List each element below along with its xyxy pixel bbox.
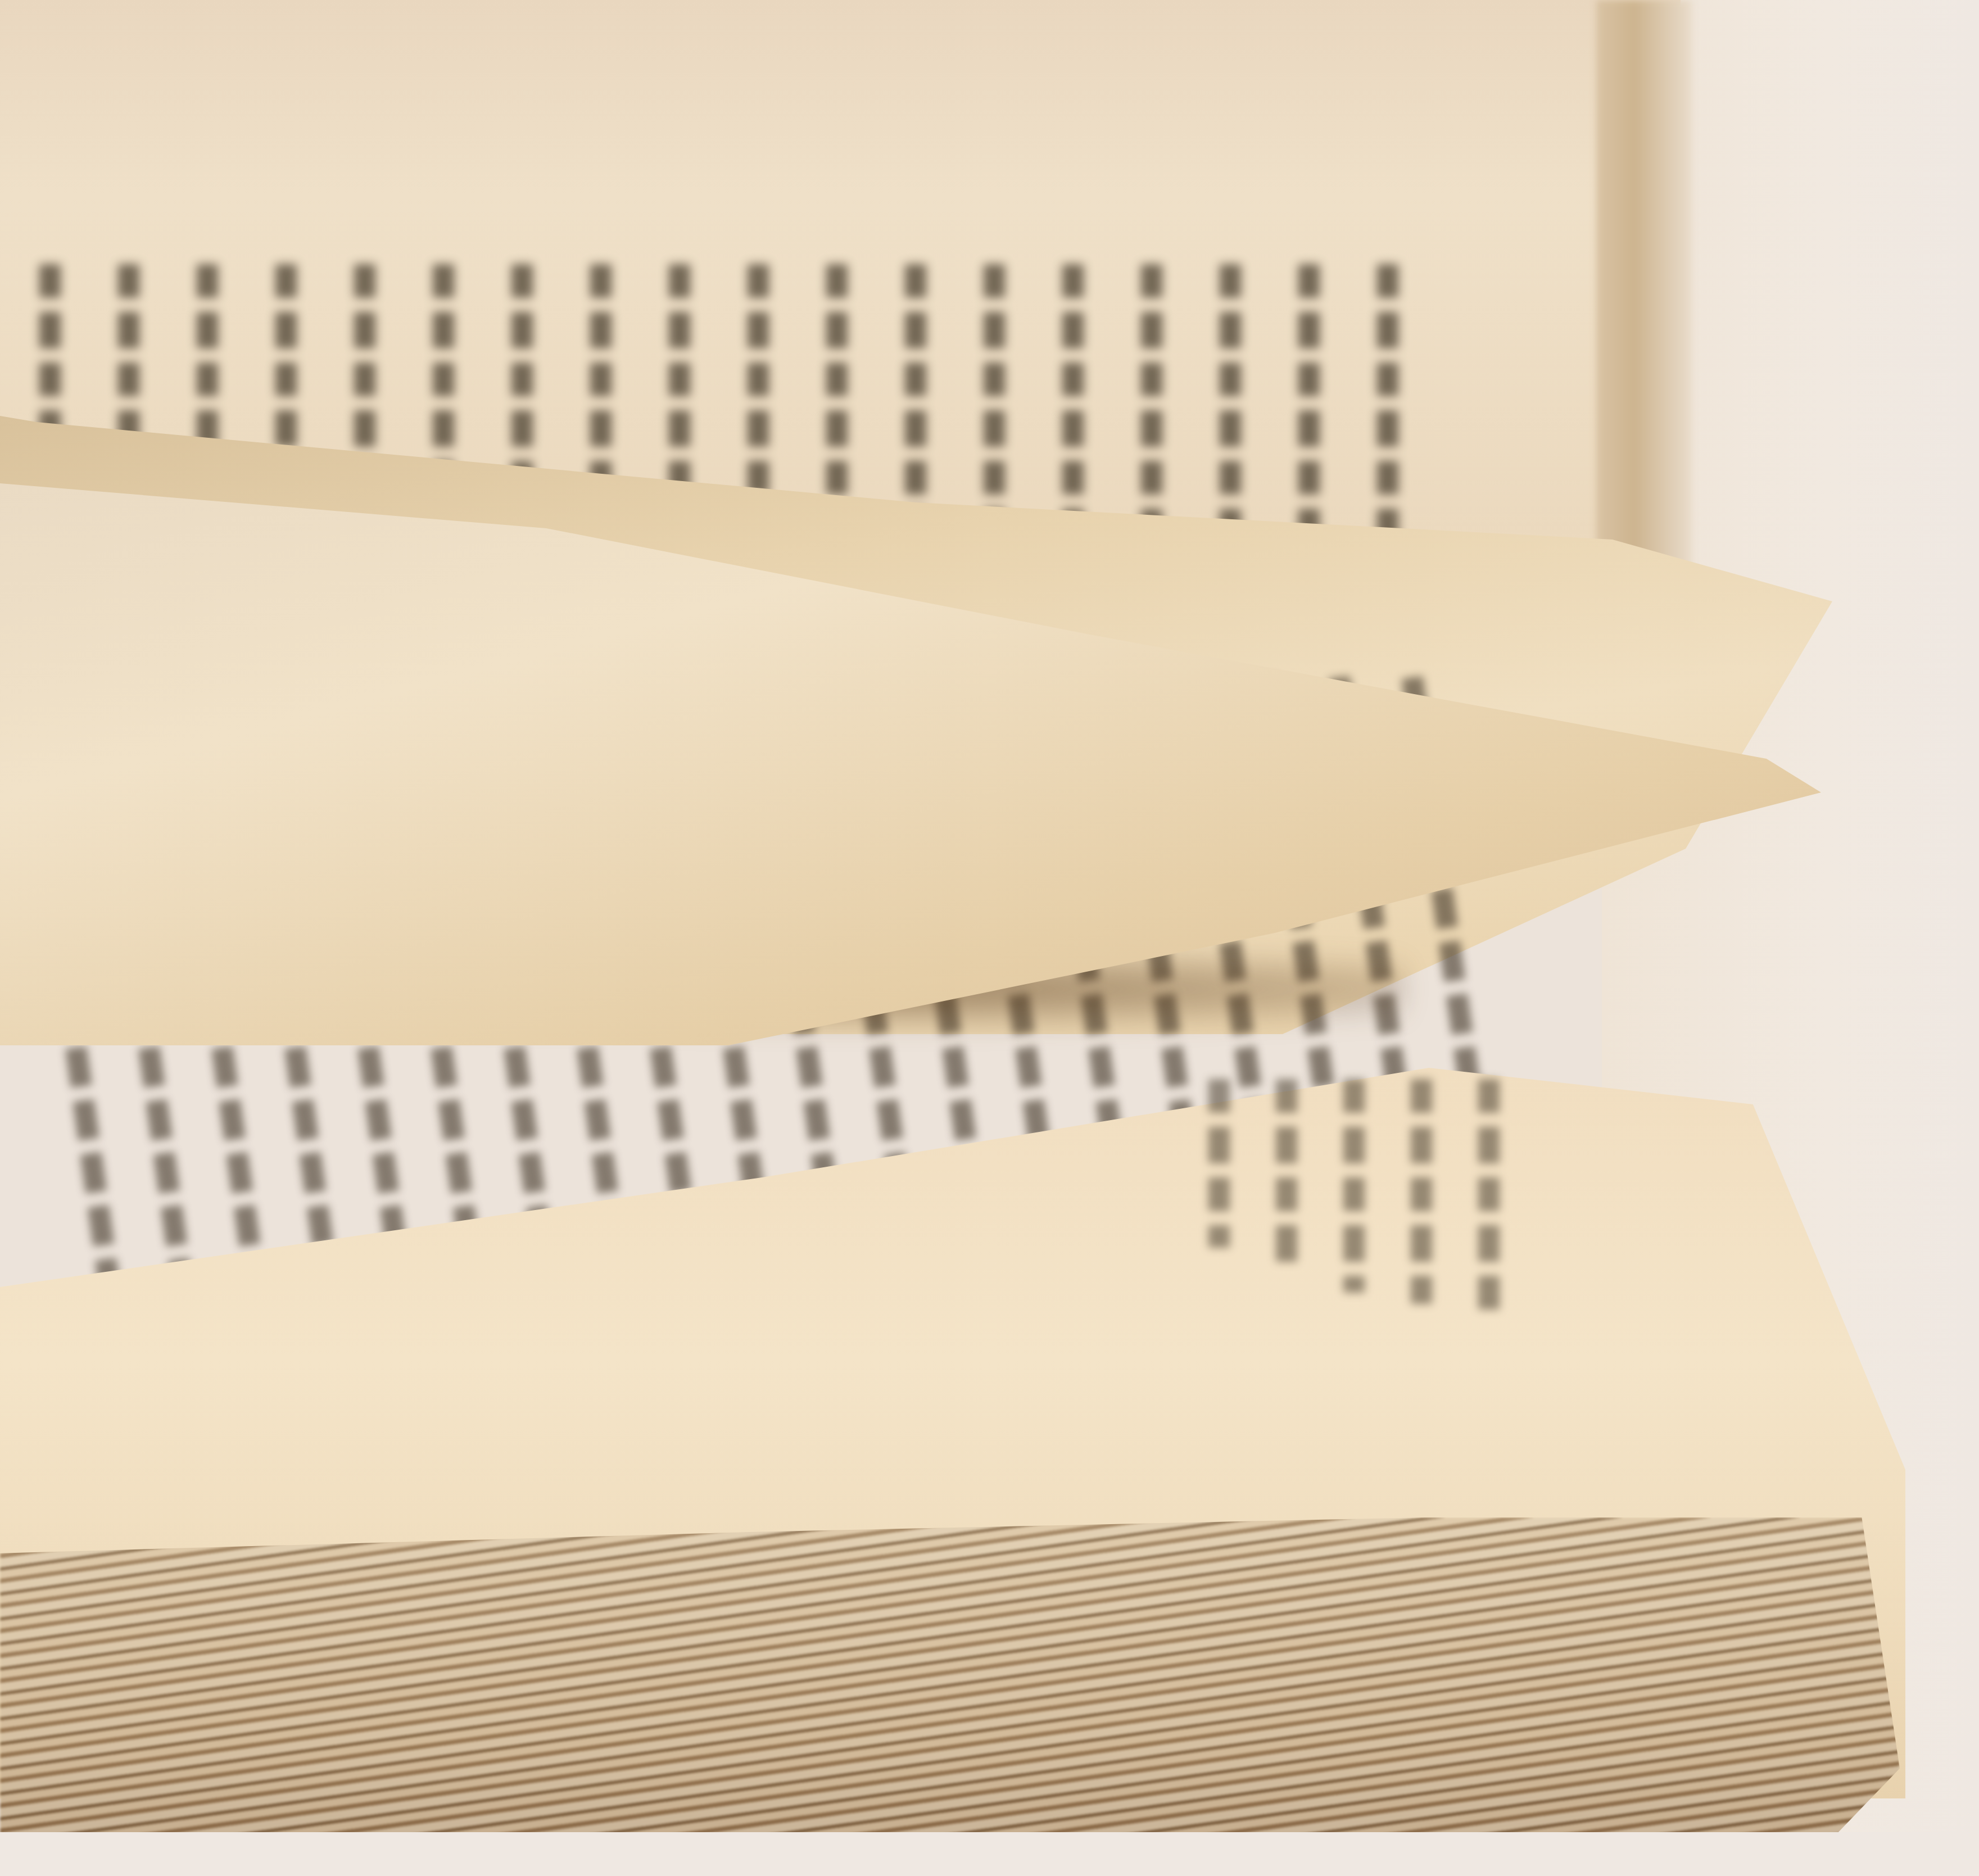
table-surface <box>0 1832 1979 1876</box>
page-edges-stack <box>0 1517 1900 1876</box>
lower-page-text <box>1208 1079 1574 1315</box>
book-photo <box>0 0 1979 1876</box>
